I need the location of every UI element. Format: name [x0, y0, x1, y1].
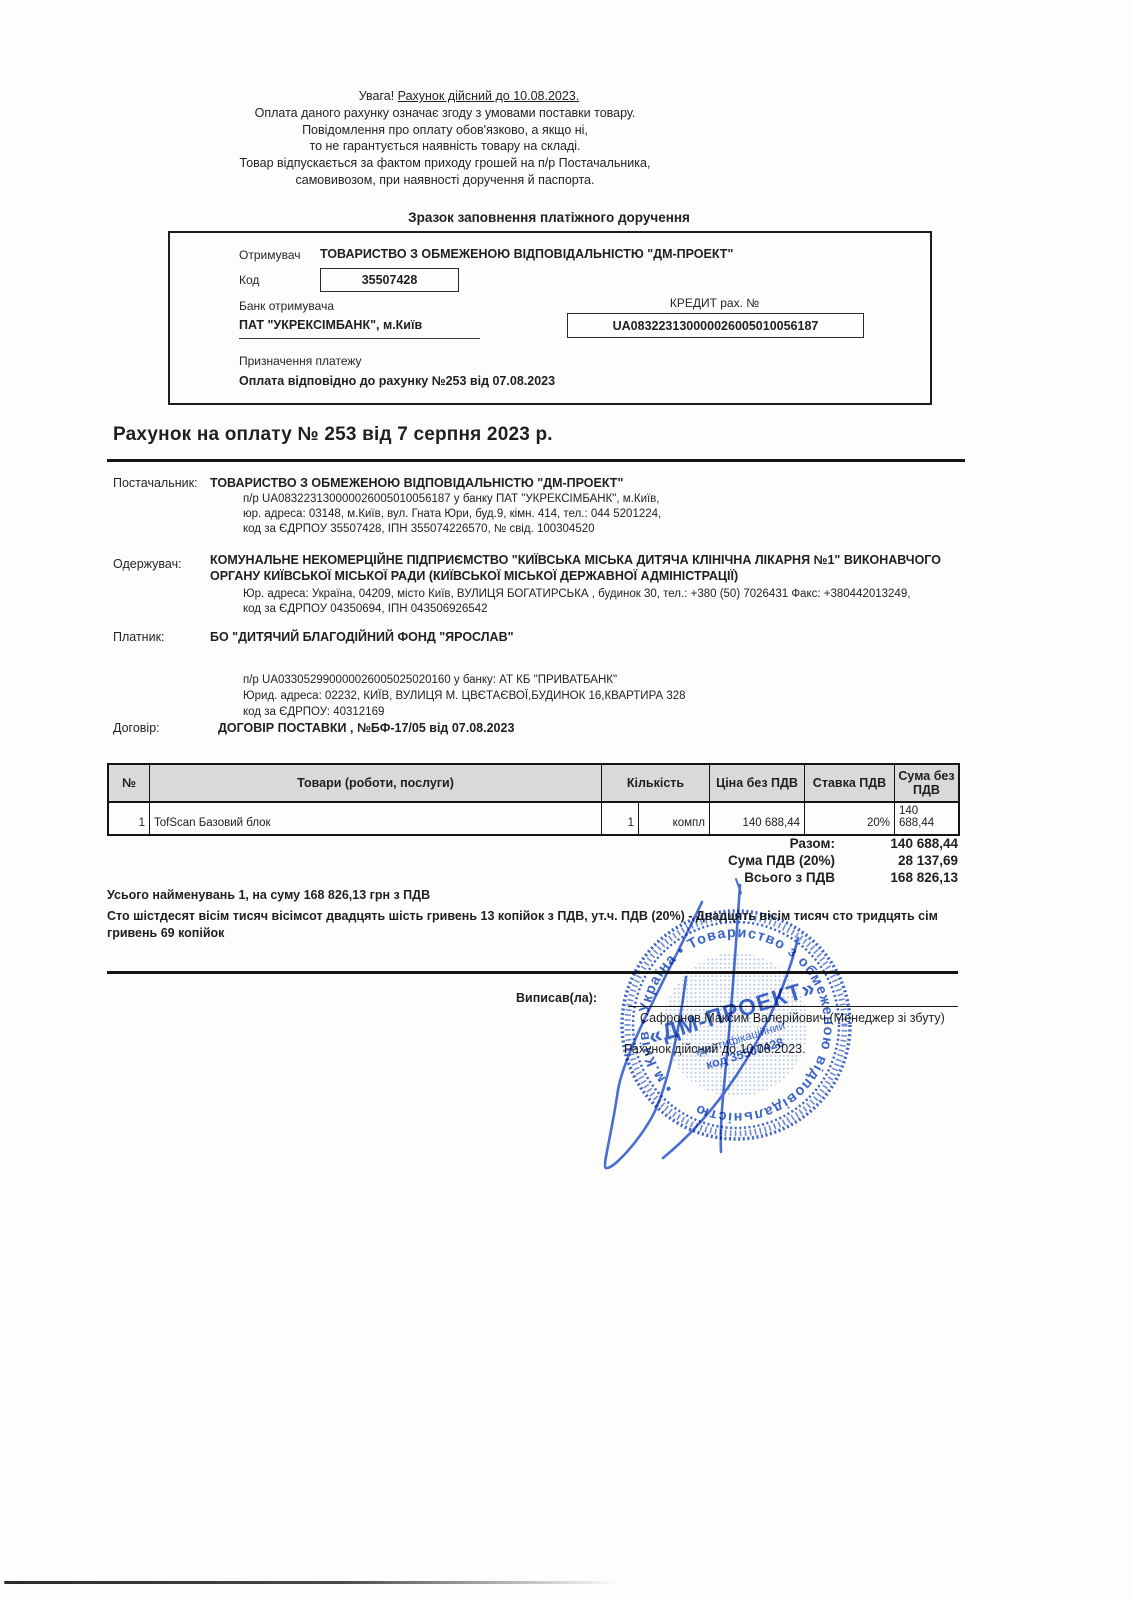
col-header-qty: Кількість: [602, 765, 710, 801]
supplier-detail-line: код за ЄДРПОУ 35507428, ІПН 355074226570…: [243, 522, 963, 537]
code-label: Код: [239, 273, 259, 287]
items-summary: Усього найменувань 1, на суму 168 826,13…: [107, 888, 430, 902]
items-table: № Товари (роботи, послуги) Кількість Цін…: [107, 763, 960, 836]
credit-account-box: UA083223130000026005010056187: [567, 313, 864, 338]
receiver-details: Юр. адреса: Україна, 04209, місто Київ, …: [243, 587, 963, 617]
notice-line: Повідомлення про оплату обов'язково, а я…: [195, 122, 695, 139]
recipient-label: Отримувач: [239, 248, 301, 262]
notice-block: Увага! Рахунок дійсний до 10.08.2023. Оп…: [195, 88, 695, 189]
receiver-detail-line: код за ЄДРПОУ 04350694, ІПН 043506926542: [243, 602, 963, 617]
payer-label: Платник:: [113, 630, 165, 644]
contract-value: ДОГОВІР ПОСТАВКИ , №БФ-17/05 від 07.08.2…: [218, 720, 514, 736]
invoice-title: Рахунок на оплату № 253 від 7 серпня 202…: [113, 424, 553, 446]
supplier-label: Постачальник:: [113, 476, 198, 490]
receiver-detail-line: Юр. адреса: Україна, 04209, місто Київ, …: [243, 587, 963, 602]
signature-stroke: [663, 938, 798, 1158]
payment-sample-box: Отримувач ТОВАРИСТВО З ОБМЕЖЕНОЮ ВІДПОВІ…: [168, 231, 932, 405]
credit-account-label: КРЕДИТ рах. №: [567, 296, 862, 310]
purpose-value: Оплата відповідно до рахунку №253 від 07…: [239, 374, 555, 388]
col-header-vat: Ставка ПДВ: [805, 765, 895, 801]
purpose-label: Призначення платежу: [239, 354, 362, 368]
code-box: 35507428: [320, 268, 459, 292]
item-sum: 140 688,44: [895, 803, 958, 834]
notice-line: Оплата даного рахунку означає згоду з ум…: [195, 105, 695, 122]
payer-name: БО "ДИТЯЧИЙ БЛАГОДІЙНИЙ ФОНД "ЯРОСЛАВ": [210, 629, 950, 645]
item-name: TofScan Базовий блок: [150, 803, 602, 834]
signature-stroke: [721, 885, 740, 1152]
col-header-sum: Сума без ПДВ: [895, 765, 958, 801]
item-unit: компл: [639, 803, 710, 834]
signature-stroke: [605, 902, 702, 1168]
recipient-name: ТОВАРИСТВО З ОБМЕЖЕНОЮ ВІДПОВІДАЛЬНІСТЮ …: [320, 247, 733, 261]
attention-label: Увага!: [359, 89, 394, 103]
col-header-num: №: [109, 765, 150, 801]
notice-line: то не гарантується наявність товару на с…: [195, 138, 695, 155]
bank-name: ПАТ "УКРЕКСІМБАНК", м.Київ: [239, 318, 480, 339]
table-header-row: № Товари (роботи, послуги) Кількість Цін…: [109, 765, 958, 803]
item-num: 1: [109, 803, 150, 834]
item-vat-rate: 20%: [805, 803, 895, 834]
validity-note: Рахунок дійсний до 10.08.2023.: [398, 89, 580, 103]
payer-details: п/р UA033052990000026005025020160 у банк…: [243, 672, 963, 720]
col-header-price: Ціна без ПДВ: [710, 765, 805, 801]
receiver-name: КОМУНАЛЬНЕ НЕКОМЕРЦІЙНЕ ПІДПРИЄМСТВО "КИ…: [210, 552, 962, 584]
supplier-details: п/р UA083223130000026005010056187 у банк…: [243, 492, 963, 537]
validity-line: Увага! Рахунок дійсний до 10.08.2023.: [195, 88, 695, 105]
notice-line: Товар відпускається за фактом приходу гр…: [195, 155, 695, 172]
col-header-goods: Товари (роботи, послуги): [150, 765, 602, 801]
title-divider: [107, 459, 965, 462]
supplier-detail-line: п/р UA083223130000026005010056187 у банк…: [243, 492, 963, 507]
table-row: 1 TofScan Базовий блок 1 компл 140 688,4…: [109, 803, 958, 834]
item-qty: 1: [602, 803, 639, 834]
handwritten-signature: [540, 855, 890, 1200]
payer-detail-line: Юрид. адреса: 02232, КИЇВ, ВУЛИЦЯ М. ЦВЄ…: [243, 688, 963, 704]
receiver-label: Одержувач:: [113, 557, 182, 571]
payer-detail-line: п/р UA033052990000026005025020160 у банк…: [243, 672, 963, 688]
item-price: 140 688,44: [710, 803, 805, 834]
bank-label: Банк отримувача: [239, 299, 334, 313]
supplier-detail-line: юр. адреса: 03148, м.Київ, вул. Гната Юр…: [243, 507, 963, 522]
supplier-name: ТОВАРИСТВО З ОБМЕЖЕНОЮ ВІДПОВІДАЛЬНІСТЮ …: [210, 475, 960, 491]
payer-detail-line: код за ЄДРПОУ: 40312169: [243, 704, 963, 720]
notice-line: самовивозом, при наявності доручення й п…: [195, 172, 695, 189]
contract-label: Договір:: [113, 721, 160, 735]
total-label: Разом:: [600, 836, 835, 852]
payment-sample-title: Зразок заповнення платіжного доручення: [168, 210, 930, 225]
scan-artifact-line: [4, 1581, 620, 1584]
total-value: 140 688,44: [828, 836, 958, 852]
